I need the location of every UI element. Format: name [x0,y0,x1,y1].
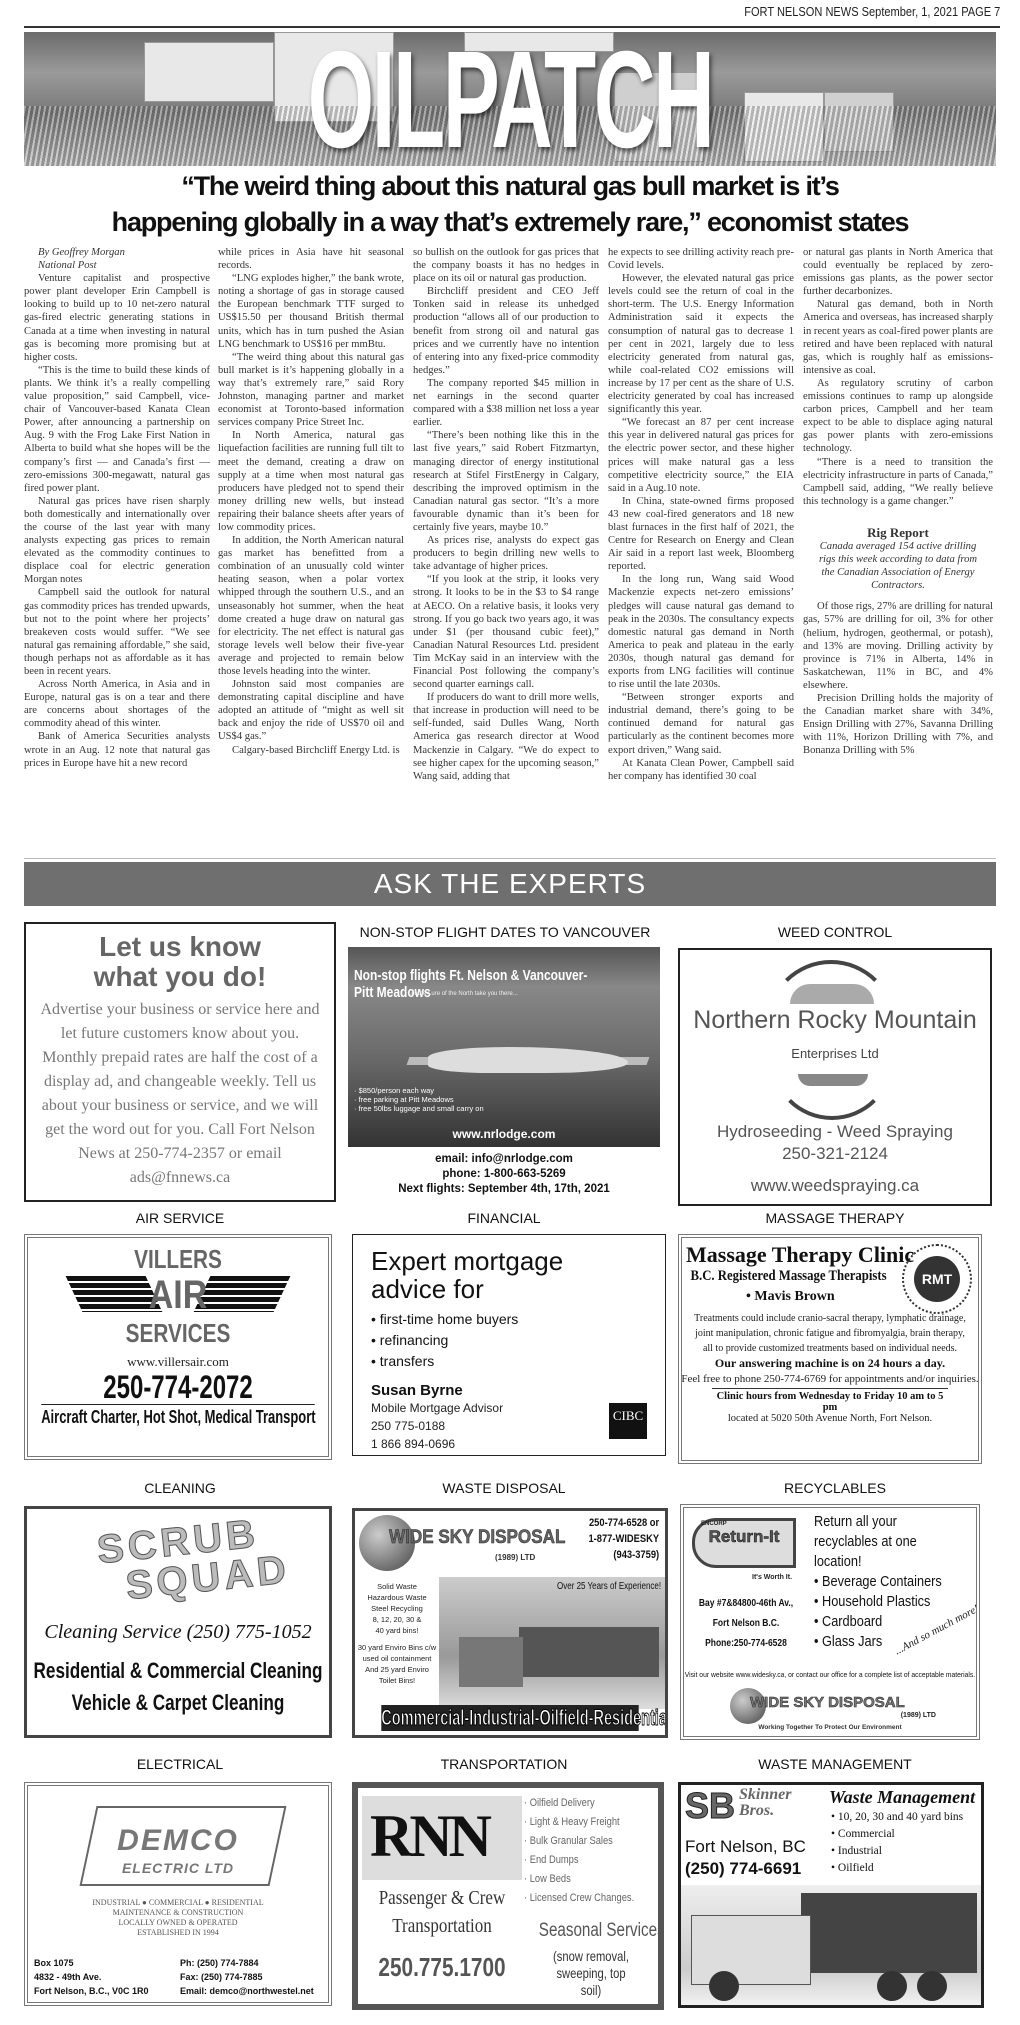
rnn-logo-text: RNN [362,1796,522,1876]
truck-cab [459,1637,523,1687]
truck-cab [691,1915,811,1985]
financial-heading: Expert mortgage advice for [371,1247,611,1303]
category-air: AIR SERVICE [24,1210,336,1226]
advisor-phone-2: 1 866 894-0696 [371,1435,647,1453]
paragraph: At Kanata Clean Power, Campbell said her… [608,757,794,783]
electrical-ad[interactable]: DEMCO ELECTRIC LTD INDUSTRIAL ● COMMERCI… [24,1782,332,2006]
paragraph: Across North America, in Asia and in Eur… [24,678,210,730]
waste-banner: Commercial-Industrial-Oilfield-Residenti… [381,1705,638,1731]
demco-lines: INDUSTRIAL ● COMMERCIAL ● RESIDENTIAL MA… [28,1898,328,1938]
paragraph: In the long run, Wang said Wood Mackenzi… [608,573,794,691]
paragraph: Venture capitalist and prospective power… [24,272,210,364]
paragraph: Of those rigs, 27% are drilling for natu… [803,600,993,692]
paragraph: The company reported $45 million in net … [413,377,599,429]
flight-ad-tagline: Let the Lure of the North take you there… [408,991,518,997]
paragraph: In China, state-owned firms proposed 43 … [608,495,794,574]
paragraph: “We forecast an 87 per cent increase thi… [608,416,794,495]
category-cleaning: CLEANING [24,1480,336,1496]
brand-line: Skinner [739,1787,791,1803]
paragraph: he expects to see drilling activity reac… [608,246,794,272]
flight-ad-bullets: · $850/person each way · free parking at… [354,1086,484,1113]
email[interactable]: Email: demco@northwestel.net [180,1984,314,1998]
cibc-logo-text: CIBC [613,1408,643,1423]
address: Fort Nelson, B.C., V0C 1R0 [34,1984,149,1998]
demco-sub: ELECTRIC LTD [28,1860,328,1876]
article-column-1: By Geoffrey Morgan National Post Venture… [24,246,210,770]
air-service-ad[interactable]: VILLERS AIR SERVICES www.villersair.com … [24,1234,332,1460]
demco-line: LOCALLY OWNED & OPERATED [28,1918,328,1928]
skinner-brand: Skinner Bros. [739,1787,791,1819]
waste-enviro: 30 yard Enviro Bins c/w used oil contain… [357,1642,437,1686]
service: • Oilfield [831,1860,963,1877]
bullet: · free 50lbs luggage and small carry on [354,1104,484,1113]
masthead-banner: OILPATCH NEWS [24,32,996,166]
category-electrical: ELECTRICAL [24,1756,336,1772]
skinner-logo-icon: SB [685,1787,735,1825]
service: • 10, 20, 30 and 40 yard bins [831,1809,963,1826]
recyclables-ad[interactable]: ENCORP Return-It It's Worth It. Bay #7&8… [680,1504,980,1740]
bullet: · $850/person each way [354,1086,484,1095]
skinner-phone: (250) 774-6691 [685,1859,801,1879]
flight-website: www.nrlodge.com [348,1127,660,1141]
page-folio: FORT NELSON NEWS September, 1, 2021 PAGE… [744,4,1000,19]
promo-body: Advertise your business or service here … [26,998,334,1190]
demco-line: ESTABLISHED IN 1994 [28,1928,328,1938]
flight-phone: phone: 1-800-663-5269 [348,1167,660,1182]
truck-container [519,1627,659,1677]
paragraph: “There’s been nothing like this in the l… [413,429,599,534]
masthead-title: OILPATCH NEWS [209,36,812,166]
cleaning-line-1: Residential & Commercial Cleaning [29,1658,327,1684]
transport-phone: 250.775.1700 [375,1952,509,1983]
paragraph: “There is a need to transition the elect… [803,456,993,508]
address: Box 1075 [34,1956,149,1970]
headline-line-1: “The weird thing about this natural gas … [24,168,996,204]
financial-bullets: • first-time home buyers • refinancing •… [371,1309,647,1372]
phone: 1-877-WIDESKY [588,1531,659,1547]
cleaning-line-2: Vehicle & Carpet Cleaning [60,1690,296,1716]
waste-disposal-ad[interactable]: WIDE SKY DISPOSAL (1989) LTD 250-774-652… [352,1508,668,1738]
bullet: • refinancing [371,1330,647,1351]
waste-services: Solid Waste Hazardous Waste Steel Recycl… [357,1581,437,1686]
address: Bay #7&84800-46th Av., [695,1594,797,1614]
transport-services: · Oilfield Delivery · Light & Heavy Frei… [524,1794,634,1908]
paragraph: Calgary-based Birchcliff Energy Ltd. is [218,744,404,757]
paragraph: In North America, natural gas liquefacti… [218,429,404,534]
ask-the-experts-banner: ASK THE EXPERTS [24,862,996,906]
bullet: · free parking at Pitt Meadows [354,1095,484,1104]
paragraph: “This is the time to build these kinds o… [24,364,210,495]
paragraph: while prices in Asia have hit seasonal r… [218,246,404,272]
paragraph: Natural gas prices have risen sharply bo… [24,495,210,587]
section-rule [24,858,996,859]
paragraph: Johnston said most companies are demonst… [218,678,404,743]
recycle-heading: Return all your recyclables at one locat… [814,1512,950,1572]
recycle-visit: Visit our website www.widesky.ca, or con… [681,1670,980,1679]
service: Steel Recycling [357,1603,437,1614]
service: 8, 12, 20, 30 & [357,1614,437,1625]
phone: Phone:250-774-6528 [695,1634,797,1654]
paragraph: so bullish on the outlook for gas prices… [413,246,599,285]
weed-phone: 250-321-2124 [680,1144,990,1164]
article-column-3: so bullish on the outlook for gas prices… [413,246,599,783]
category-flights: NON-STOP FLIGHT DATES TO VANCOUVER [340,924,670,940]
air-website[interactable]: www.villersair.com [28,1354,328,1370]
waste-experience: Over 25 Years of Experience! [557,1581,661,1592]
transport-title: Passenger & Crew Transportation [371,1884,514,1940]
weed-services: Hydroseeding - Weed Spraying [680,1122,990,1142]
transport-line: Passenger & Crew [371,1884,514,1912]
demco-name: DEMCO [28,1824,328,1858]
advisor-email[interactable]: susan.byrne@cibc.com [371,1453,647,1456]
category-waste-management: WASTE MANAGEMENT [680,1756,990,1772]
truck-photo [681,1885,981,2005]
demco-line: INDUSTRIAL ● COMMERCIAL ● RESIDENTIAL [28,1898,328,1908]
rig-report-title: Rig Report [803,526,993,539]
article-column-4: he expects to see drilling activity reac… [608,246,794,783]
transport-seasonal-sub: (snow removal, sweeping, top soil) [545,1948,636,1999]
article-column-5: or natural gas plants in North America t… [803,246,993,757]
demco-contact: Ph: (250) 774-7884 Fax: (250) 774-7885 E… [180,1956,314,1998]
waste-company-name: WIDE SKY DISPOSAL [389,1527,565,1549]
skinner-city: Fort Nelson, BC [685,1837,806,1857]
byline-author: By Geoffrey Morgan [24,246,210,259]
rig-report-subtitle: Canada averaged 154 active drilling rigs… [803,540,993,592]
waste-phones: 250-774-6528 or 1-877-WIDESKY (943-3759) [588,1515,659,1563]
wheel [709,1971,739,2001]
air-phone: 250-774-2072 [66,1370,291,1404]
air-tagline: Aircraft Charter, Hot Shot, Medical Tran… [41,1404,315,1428]
category-transportation: TRANSPORTATION [344,1756,664,1772]
service: Hazardous Waste [357,1592,437,1603]
recycle-company-ltd: (1989) LTD [901,1712,936,1719]
demco-line: MAINTENANCE & CONSTRUCTION [28,1908,328,1918]
byline-source: National Post [24,259,210,272]
headline-line-2: happening globally in a way that’s extre… [24,204,996,240]
service: · Light & Heavy Freight [524,1813,634,1832]
massage-phone: Feel free to phone 250-774-6769 for appo… [678,1373,982,1385]
cibc-logo-icon: CIBC [609,1403,647,1439]
wheel [917,1971,947,2001]
phone: Ph: (250) 774-7884 [180,1956,314,1970]
article-headline: “The weird thing about this natural gas … [24,168,996,240]
service: · Oilfield Delivery [524,1794,634,1813]
paragraph: Bank of America Securities analysts wrot… [24,730,210,769]
truck-container [801,1893,977,1973]
service: · Licensed Crew Changes. [524,1889,634,1908]
advisor-name: Susan Byrne [371,1382,647,1399]
promo-heading-2: what you do! [26,962,334,992]
paragraph: “The weird thing about this natural gas … [218,351,404,430]
air-logo-l1: VILLERS [58,1246,298,1272]
waste-company-ltd: (1989) LTD [495,1553,535,1562]
promo-heading-1: Let us know [26,932,334,962]
service: • Industrial [831,1843,963,1860]
rnn-logo-icon: RNN [362,1796,522,1880]
flight-next-dates: Next flights: September 4th, 17th, 2021 [348,1182,660,1197]
cleaning-phone: Cleaning Service (250) 775-1052 [27,1621,329,1644]
paragraph: Birchcliff president and CEO Jeff Tonken… [413,285,599,377]
paragraph: If producers do want to drill more wells… [413,691,599,783]
service: · Bulk Granular Sales [524,1832,634,1851]
recycle-company: WIDE SKY DISPOSAL [750,1694,905,1711]
service: · Low Beds [524,1870,634,1889]
service: 40 yard bins! [357,1625,437,1636]
massage-hours: Clinic hours from Wednesday to Friday 10… [712,1388,948,1413]
category-waste-disposal: WASTE DISPOSAL [344,1480,664,1496]
air-logo-l2: AIR [51,1272,306,1318]
flight-contact: email: info@nrlodge.com phone: 1-800-663… [348,1152,660,1197]
return-it-logo-icon: ENCORP Return-It [692,1518,796,1568]
service: • Commercial [831,1826,963,1843]
rmt-badge-ring: RMT [902,1244,972,1314]
paragraph: “LNG explodes higher,” the bank wrote, n… [218,272,404,351]
weed-website[interactable]: www.weedspraying.ca [680,1176,990,1196]
paragraph: “Between stronger exports and industrial… [608,691,794,756]
article-column-2: while prices in Asia have hit seasonal r… [218,246,404,757]
wheel [877,1971,907,2001]
advisor-title: Mobile Mortgage Advisor [371,1399,647,1417]
address: 4832 - 49th Ave. [34,1970,149,1984]
massage-address: located at 5020 50th Avenue North, Fort … [682,1413,978,1424]
paragraph: As regulatory scrutiny of carbon emissio… [803,377,993,456]
address: Fort Nelson B.C. [695,1614,797,1634]
truck-photo: Over 25 Years of Experience! [439,1577,665,1709]
paragraph: In addition, the North American natural … [218,534,404,678]
advisor-phone-1: 250 775-0188 [371,1417,647,1435]
service: · End Dumps [524,1851,634,1870]
paragraph: As prices rise, analysts do expect gas p… [413,534,599,573]
category-massage: MASSAGE THERAPY [680,1210,990,1226]
flight-ad-image[interactable]: Non-stop flights Ft. Nelson & Vancouver-… [348,947,660,1147]
brand-line: Bros. [739,1803,791,1819]
transport-line: Transportation [371,1912,514,1940]
recycle-item: • Household Plastics [814,1592,950,1612]
header-rule [24,26,1000,28]
transportation-ad[interactable]: RNN Passenger & Crew Transportation 250.… [352,1782,664,2010]
skinner-title: Waste Management [829,1787,975,1808]
weed-control-ad[interactable]: Northern Rocky Mountain Enterprises Ltd … [678,948,992,1206]
plane-icon [428,1047,628,1073]
logo-arc-bottom [770,996,894,1120]
phone: (943-3759) [588,1547,659,1563]
paragraph: Campbell said the outlook for natural ga… [24,586,210,678]
category-weed: WEED CONTROL [680,924,990,940]
rmt-badge-icon: RMT [914,1256,960,1302]
category-financial: FINANCIAL [344,1210,664,1226]
waste-management-ad[interactable]: SB Skinner Bros. Fort Nelson, BC (250) 7… [678,1782,984,2008]
fax: Fax: (250) 774-7885 [180,1970,314,1984]
financial-ad[interactable]: Expert mortgage advice for • first-time … [352,1234,666,1456]
cleaning-ad[interactable]: SCRUB SQUAD Cleaning Service (250) 775-1… [24,1506,332,1738]
recycle-item: • Beverage Containers [814,1572,950,1592]
paragraph: Natural gas demand, both in North Americ… [803,298,993,377]
bullet: • transfers [371,1351,647,1372]
category-recyclables: RECYCLABLES [680,1480,990,1496]
paragraph: Precision Drilling holds the majority of… [803,692,993,757]
wings-icon: AIR [28,1272,328,1320]
flight-email[interactable]: email: info@nrlodge.com [348,1152,660,1167]
bullet: • first-time home buyers [371,1309,647,1330]
paragraph: or natural gas plants in North America t… [803,246,993,298]
return-it-tag: It's Worth It. [752,1574,792,1581]
skinner-services: • 10, 20, 30 and 40 yard bins • Commerci… [831,1809,963,1877]
paragraph: However, the elevated natural gas price … [608,272,794,416]
service: Solid Waste [357,1581,437,1592]
recycle-address: Bay #7&84800-46th Av., Fort Nelson B.C. … [695,1594,797,1654]
massage-subtitle: B.C. Registered Massage Therapists [682,1268,934,1285]
massage-answering: Our answering machine is on 24 hours a d… [682,1356,978,1371]
air-logo-l3: SERVICES [58,1320,298,1346]
phone: 250-774-6528 or [588,1515,659,1531]
paragraph: “If you look at the strip, it looks very… [413,573,599,691]
massage-ad[interactable]: Massage Therapy Clinic B.C. Registered M… [678,1234,982,1464]
demco-address: Box 1075 4832 - 49th Ave. Fort Nelson, B… [34,1956,149,1998]
transport-seasonal: Seasonal Services [539,1920,641,1942]
promo-ad[interactable]: Let us know what you do! Advertise your … [24,922,336,1202]
recycle-motto: Working Together To Protect Our Environm… [684,1724,976,1731]
return-it-label: Return-It [695,1527,793,1547]
